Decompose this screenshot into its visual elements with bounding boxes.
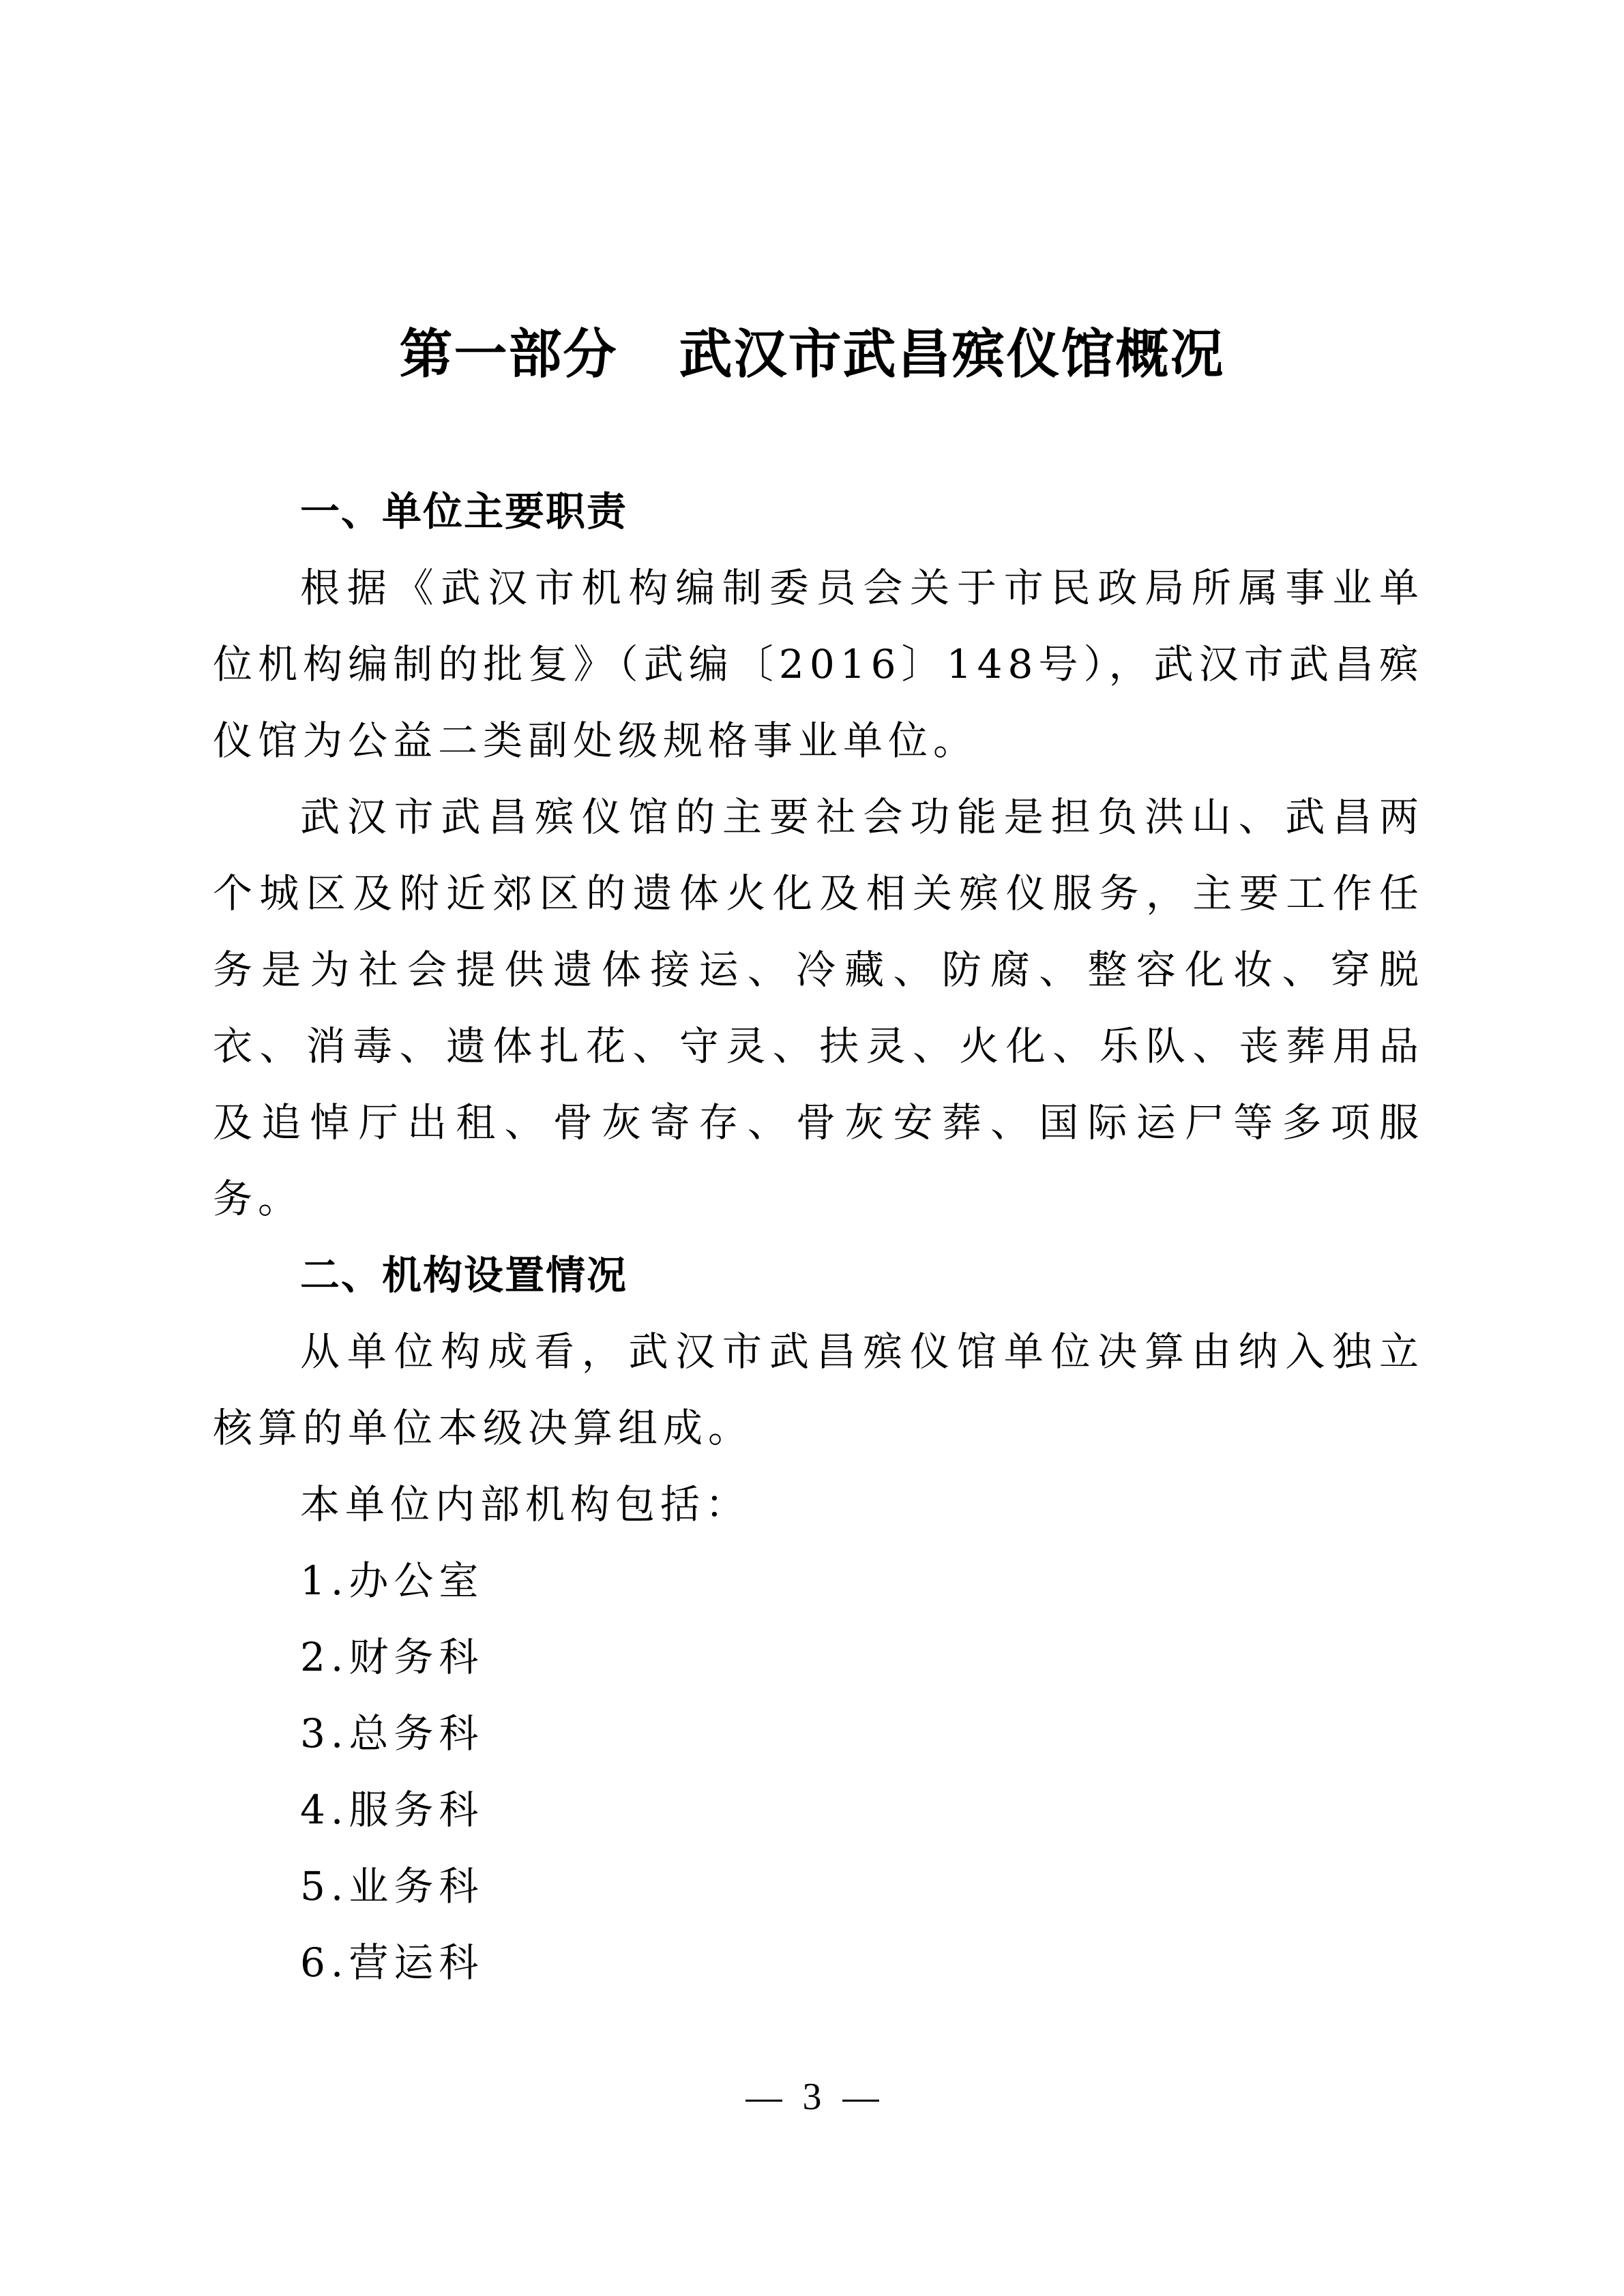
paragraph-functions: 武汉市武昌殡仪馆的主要社会功能是担负洪山、武昌两个城区及附近郊区的遗体火化及相关… [213, 779, 1424, 1237]
title-name: 武汉市武昌殡仪馆概况 [679, 324, 1225, 385]
dash-right-icon [842, 2100, 879, 2102]
page-title: 第一部分武汉市武昌殡仪馆概况 [0, 320, 1624, 389]
dash-left-icon [745, 2100, 782, 2102]
title-part: 第一部分 [399, 324, 617, 385]
page-footer: 3 [0, 2073, 1624, 2121]
paragraph-mandate: 根据《武汉市机构编制委员会关于市民政局所属事业单位机构编制的批复》（武编〔201… [213, 550, 1424, 779]
list-item: 2.财务科 [213, 1619, 1424, 1695]
document-page: 第一部分武汉市武昌殡仪馆概况 一、单位主要职责 根据《武汉市机构编制委员会关于市… [0, 0, 1624, 2296]
list-item: 1.办公室 [213, 1542, 1424, 1619]
paragraph-composition: 从单位构成看，武汉市武昌殡仪馆单位决算由纳入独立核算的单位本级决算组成。 [213, 1313, 1424, 1466]
page-number: 3 [803, 2076, 822, 2118]
list-item: 6.营运科 [213, 1924, 1424, 2001]
list-item: 4.服务科 [213, 1772, 1424, 1848]
list-item: 5.业务科 [213, 1848, 1424, 1924]
document-body: 一、单位主要职责 根据《武汉市机构编制委员会关于市民政局所属事业单位机构编制的批… [213, 473, 1424, 2001]
paragraph-internal-units: 本单位内部机构包括： [213, 1466, 1424, 1542]
section-heading-2: 二、机构设置情况 [213, 1237, 1424, 1313]
list-item: 3.总务科 [213, 1695, 1424, 1772]
section-heading-1: 一、单位主要职责 [213, 473, 1424, 550]
